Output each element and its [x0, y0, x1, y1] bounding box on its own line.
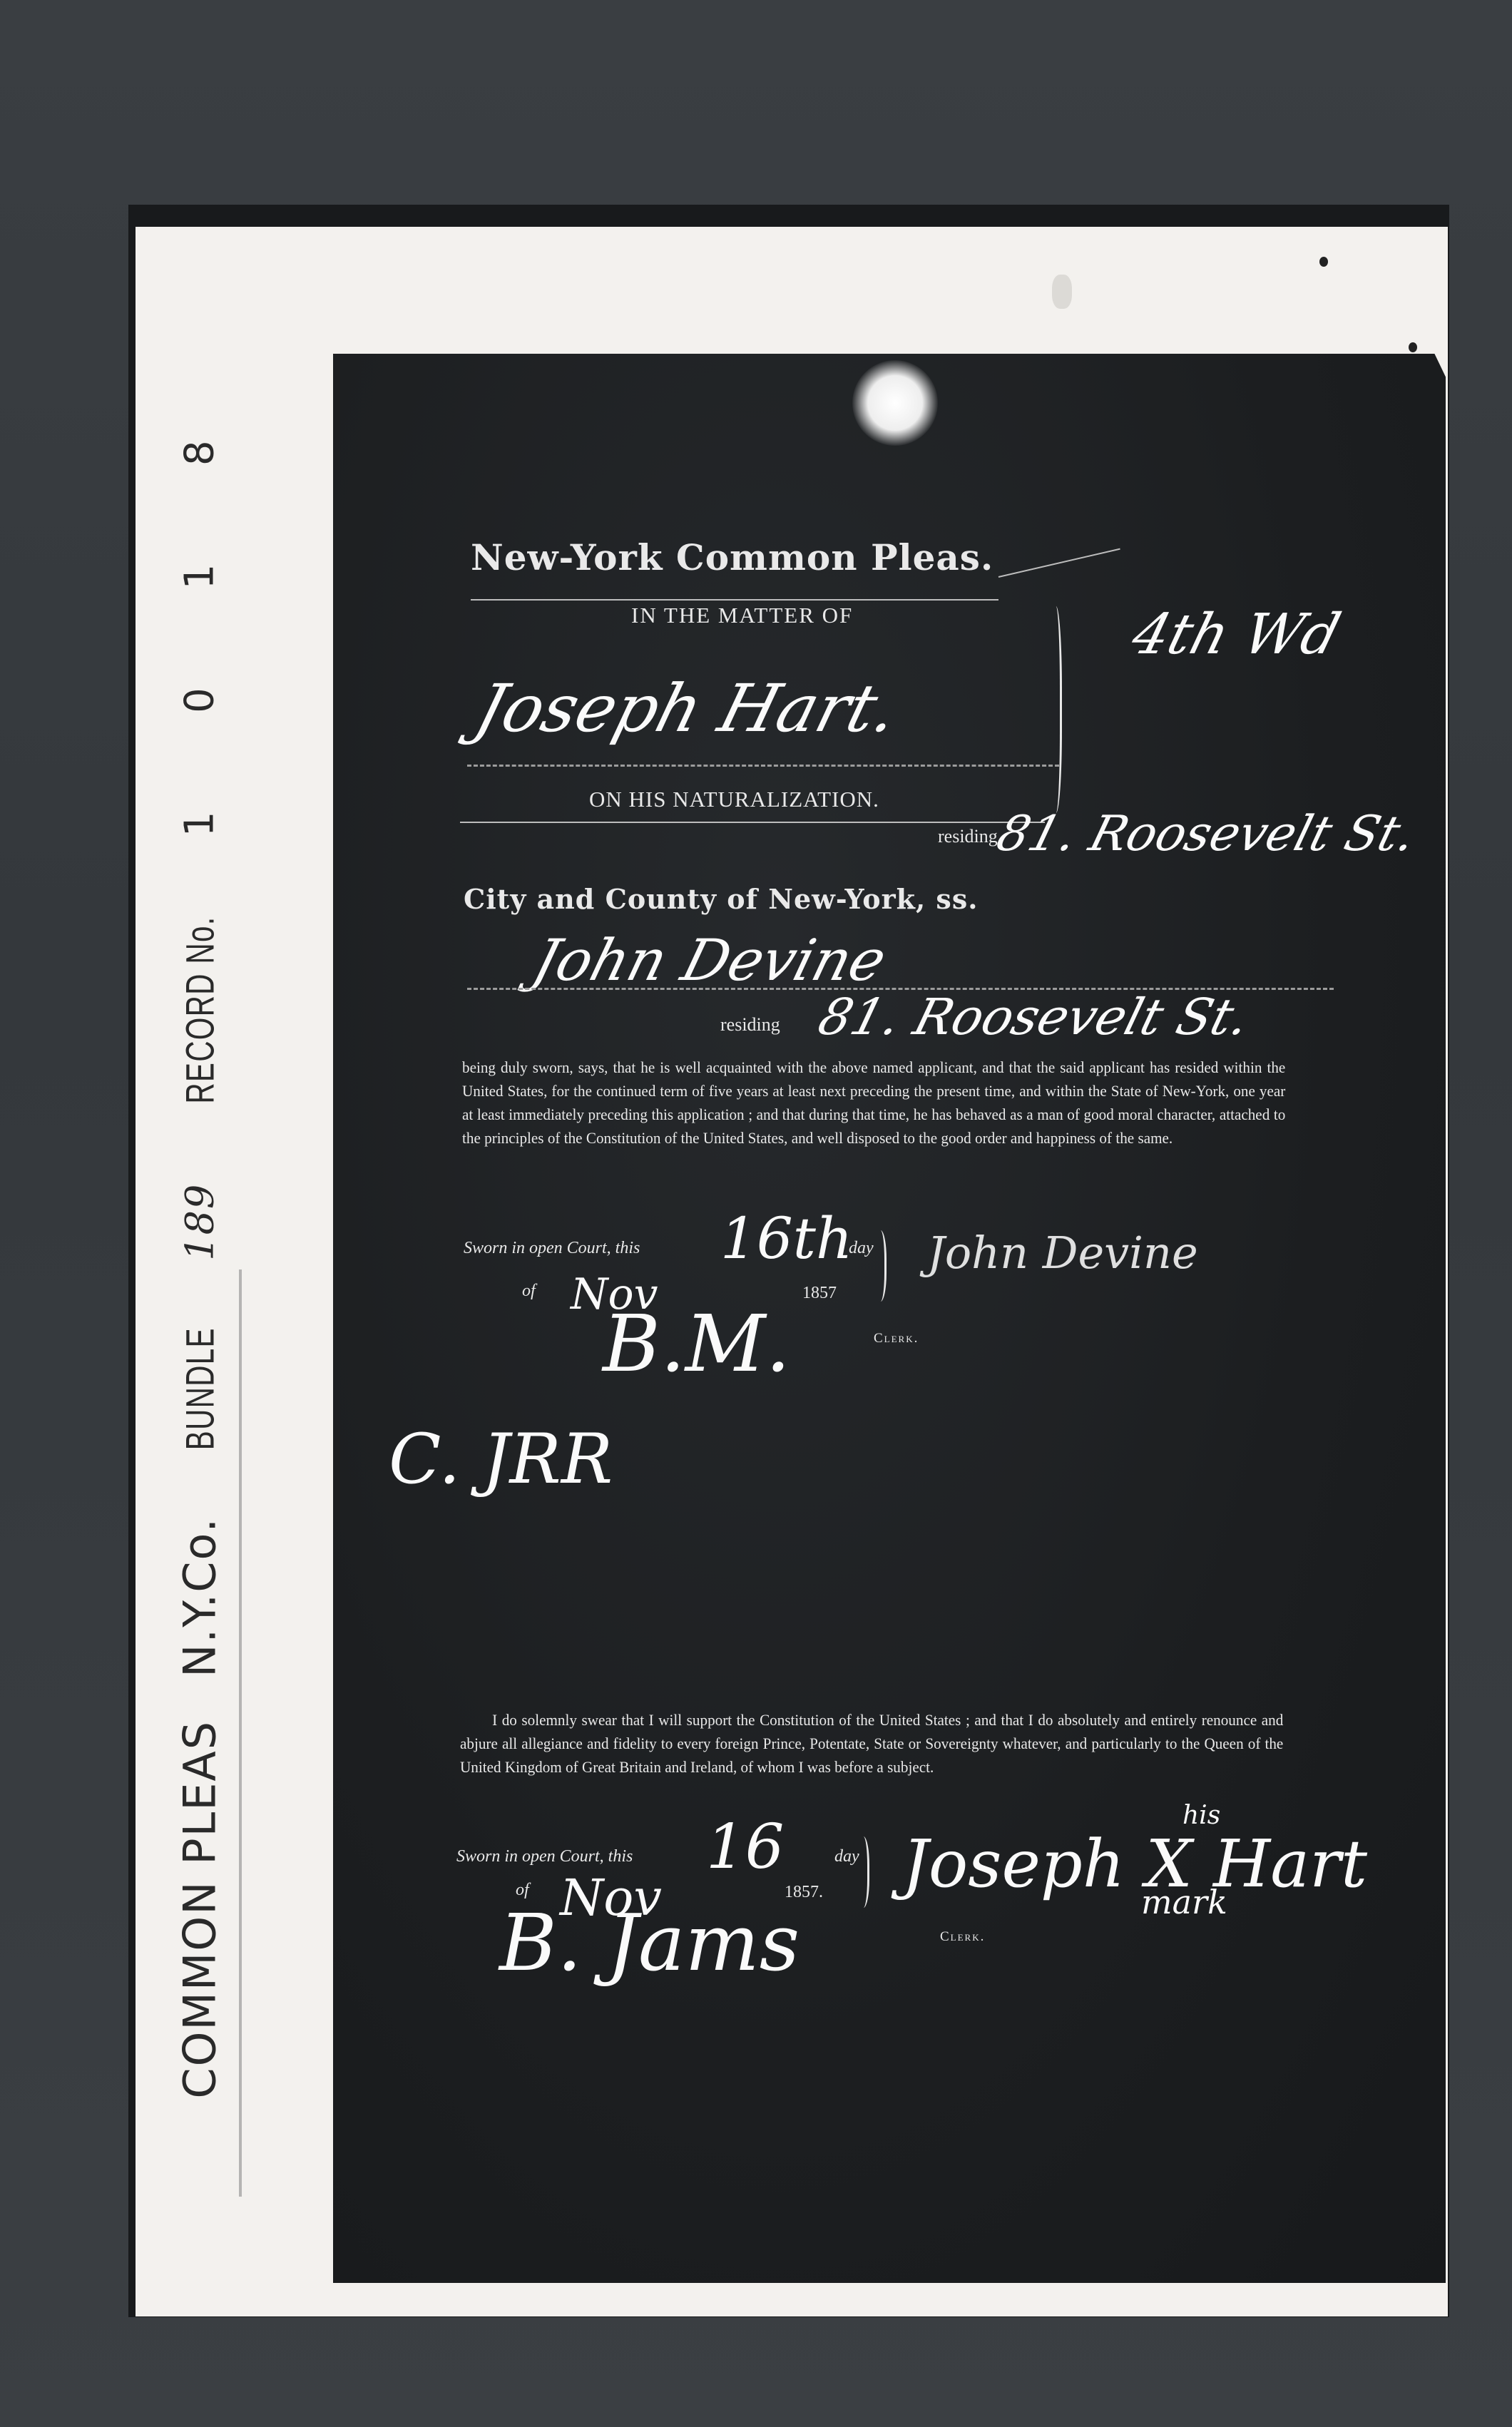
- applicant-name: Joseph Hart.: [468, 670, 906, 747]
- court-title: New-York Common Pleas.: [471, 536, 993, 578]
- sworn-brace: [872, 1230, 887, 1302]
- oath-text: I do solemnly swear that I will support …: [460, 1708, 1283, 1779]
- witness-residing-label: residing: [720, 1014, 780, 1036]
- naturalization-rule: [460, 822, 1045, 823]
- archive-label: COMMON PLEAS N.Y.Co. BUNDLE 189 RECORD N…: [174, 397, 226, 2098]
- oath-day: 16: [706, 1812, 784, 1883]
- ward-annotation: 4th Wd: [1125, 603, 1347, 667]
- on-his-naturalization: ON HIS NATURALIZATION.: [589, 787, 879, 812]
- witness-address: 81. Roosevelt St.: [812, 988, 1256, 1046]
- applicant-address: 81. Roosevelt St.: [991, 806, 1421, 862]
- oath-clerk-label: Clerk.: [940, 1929, 985, 1945]
- mark-label: mark: [1141, 1883, 1227, 1921]
- oath-brace: [854, 1836, 869, 1908]
- seal-blotch: [852, 360, 938, 446]
- court-label: COMMON PLEAS: [174, 1720, 226, 2099]
- in-the-matter-of: IN THE MATTER OF: [631, 603, 853, 628]
- affidavit-day: 16th: [720, 1205, 852, 1272]
- witness-name: John Devine: [526, 927, 894, 993]
- his-label: his: [1182, 1801, 1220, 1830]
- clerk-signature: B.M.: [603, 1298, 790, 1389]
- matter-brace: [1047, 606, 1062, 813]
- oath-sworn-label: Sworn in open Court, this: [456, 1847, 633, 1866]
- witness-affidavit-text: being duly sworn, says, that he is well …: [462, 1056, 1285, 1150]
- margin-initials: C. JRR: [389, 1419, 613, 1499]
- of-label: of: [522, 1282, 536, 1301]
- oath-body: I do solemnly swear that I will support …: [460, 1711, 1283, 1776]
- archive-label-strip: COMMON PLEAS N.Y.Co. BUNDLE 189 RECORD N…: [164, 250, 235, 2247]
- strip-rule: [239, 1269, 242, 2197]
- record-label: RECORD No.: [177, 916, 223, 1103]
- applicant-residing-label: residing: [938, 826, 998, 847]
- punch-hole: [1409, 342, 1417, 352]
- county-label: N.Y.Co.: [174, 1517, 226, 1677]
- oath-clerk-signature: B. Jams: [499, 1897, 800, 1988]
- bundle-label: BUNDLE: [177, 1327, 223, 1450]
- paper-stain: [1052, 275, 1072, 309]
- day-label: day: [849, 1239, 874, 1258]
- punch-hole: [1319, 257, 1328, 267]
- clerk-label: Clerk.: [874, 1331, 919, 1347]
- bundle-number: 189: [178, 1183, 223, 1261]
- venue-heading: City and County of New-York, ss.: [464, 883, 978, 915]
- title-rule: [471, 599, 998, 601]
- affidavit-year: 1857: [802, 1284, 837, 1303]
- witness-signature: John Devine: [927, 1227, 1198, 1279]
- name-dotted-line: [467, 765, 1059, 767]
- applicant-signature: Joseph X Hart: [902, 1826, 1367, 1902]
- sworn-in-court-label: Sworn in open Court, this: [464, 1239, 640, 1258]
- record-number: 1 0 1 8: [177, 397, 223, 837]
